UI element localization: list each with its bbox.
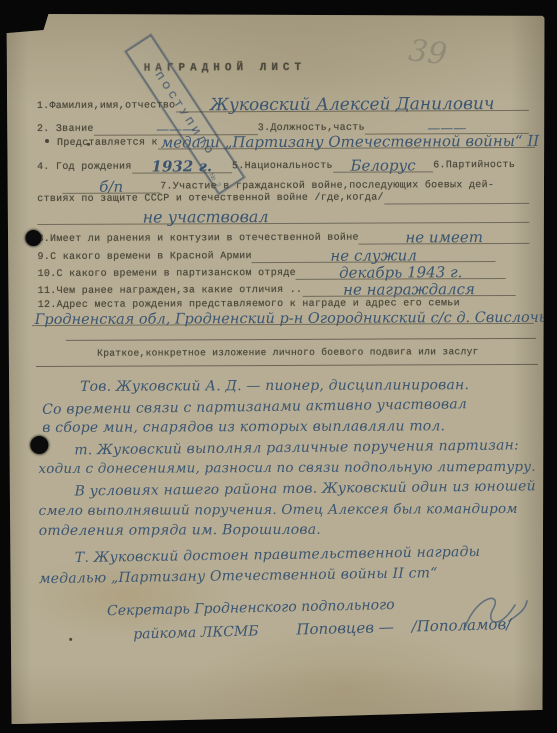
page-number-pencil: 39	[407, 33, 449, 72]
field-underline: медали „Партизану Отечественной войны“ I…	[158, 131, 535, 150]
field-underline: Жуковский Алексей Данилович	[175, 93, 528, 113]
field-row-birth: 4. Год рождения 1932 г. 5.Национальность…	[37, 155, 515, 174]
field-underline: Гродненская обл, Гродненский р-н Огородн…	[32, 307, 534, 326]
field-row-name: 1.Фамилия,имя,отчество Жуковский Алексей…	[37, 93, 529, 113]
field-row-presented: Представляется к медали „Партизану Отече…	[57, 131, 535, 150]
citation-line: отделения отряда им. Ворошилова.	[39, 522, 321, 539]
field-underline: не служил	[252, 245, 496, 263]
field-value-nationality: Белорус	[350, 158, 415, 173]
field-underline: б/п	[62, 177, 160, 194]
field-label-wounds: 8.Имеет ли ранения и контузии в отечеств…	[37, 232, 358, 246]
hole-punch	[30, 436, 48, 454]
field-value-name: Жуковский Алексей Данилович	[210, 96, 495, 114]
document-paper: 39 НАГРАДНОЙ ЛИСТ ПОСТУПИЛО № 2 1.Фамили…	[6, 9, 547, 725]
section-header-row: Краткое,конкретное изложение личного бое…	[42, 345, 534, 360]
signature-title-line1: Секретарь Гродненского подпольного	[107, 597, 395, 619]
field-underline: 1932 г.	[132, 156, 232, 173]
citation-line: Со времени связи с партизанами активно у…	[42, 396, 467, 418]
citation-line: ходил с донесениями, разносил по связи п…	[38, 459, 535, 477]
signature-flourish	[459, 587, 531, 639]
citation-line: В условиях нашего района тов. Жуковский …	[74, 478, 535, 499]
field-label-party: 6.Партийность	[433, 159, 515, 172]
field-label-name: 1.Фамилия,имя,отчество	[37, 99, 176, 113]
field-row-awards: 11.Чем ранее награжден,за какие отличия …	[38, 279, 516, 298]
field-label-war-part2: ствиях по защите СССР и отечественной во…	[37, 192, 384, 207]
ink-speck	[45, 139, 49, 143]
field-label-awards: 11.Чем ранее награжден,за какие отличия …	[38, 284, 303, 298]
field-value-address: Гродненская обл, Гродненский р-н Огородн…	[35, 311, 551, 328]
ink-speck	[69, 638, 72, 641]
field-value-birth-year: 1932 г.	[151, 159, 212, 174]
section-header: Краткое,конкретное изложение личного бое…	[97, 345, 479, 360]
field-underline: Белорус	[333, 155, 433, 172]
field-underline: декабрь 1943 г.	[296, 262, 506, 280]
citation-line: Тов. Жуковский А. Д. — пионер, дисциплин…	[80, 377, 469, 395]
field-row-war-value: не участвовал	[37, 205, 529, 225]
field-row-wounds: 8.Имеет ли ранения и контузии в отечеств…	[37, 227, 529, 246]
field-value-awards: не награждался	[343, 282, 475, 298]
field-value-war: не участвовал	[143, 209, 269, 226]
field-label-presented: Представляется к	[57, 137, 158, 150]
citation-line: т. Жуковский выполнял различные поручени…	[74, 437, 519, 458]
divider-line-bottom	[36, 364, 538, 368]
field-row-address-value: Гродненская обл, Гродненский р-н Огородн…	[32, 307, 534, 326]
field-label-birth-year: 4. Год рождения	[37, 161, 132, 174]
signature-autograph: Поповцев —	[296, 618, 394, 638]
field-row-war2: ствиях по защите СССР и отечественной во…	[37, 191, 529, 206]
field-underline: не награждался	[302, 279, 515, 297]
hole-punch	[25, 230, 41, 246]
field-label-partisan: 10.С какого времени в партизанском отряд…	[38, 267, 296, 281]
citation-line: медалью „Партизану Отечественной войны I…	[39, 565, 438, 587]
citation-line: в сборе мин, снарядов из которых выплавл…	[42, 418, 445, 436]
ink-speck	[87, 143, 90, 146]
signature-title-line2: райкома ЛКСМБ Поповцев — /Пополамов/	[133, 615, 511, 643]
field-label-nationality: 5.Национальность	[232, 160, 333, 173]
citation-line: Т. Жуковский достоен правительственной н…	[75, 544, 481, 566]
field-value-presented: медали „Партизану Отечественной войны“ I…	[161, 134, 557, 151]
field-row-army: 9.С какого времени в Красной Армии не сл…	[37, 245, 495, 264]
field-value-wounds: не имеет	[405, 230, 483, 245]
citation-line: смело выполнявший поручения. Отец Алексе…	[39, 501, 518, 519]
signature-org: райкома ЛКСМБ	[133, 623, 259, 642]
field-row-partisan: 10.С какого времени в партизанском отряд…	[38, 262, 506, 281]
field-underline: не имеет	[359, 227, 530, 245]
field-underline: не участвовал	[37, 205, 529, 225]
divider-line-top	[66, 338, 536, 341]
field-label-army: 9.С какого времени в Красной Армии	[37, 250, 251, 264]
